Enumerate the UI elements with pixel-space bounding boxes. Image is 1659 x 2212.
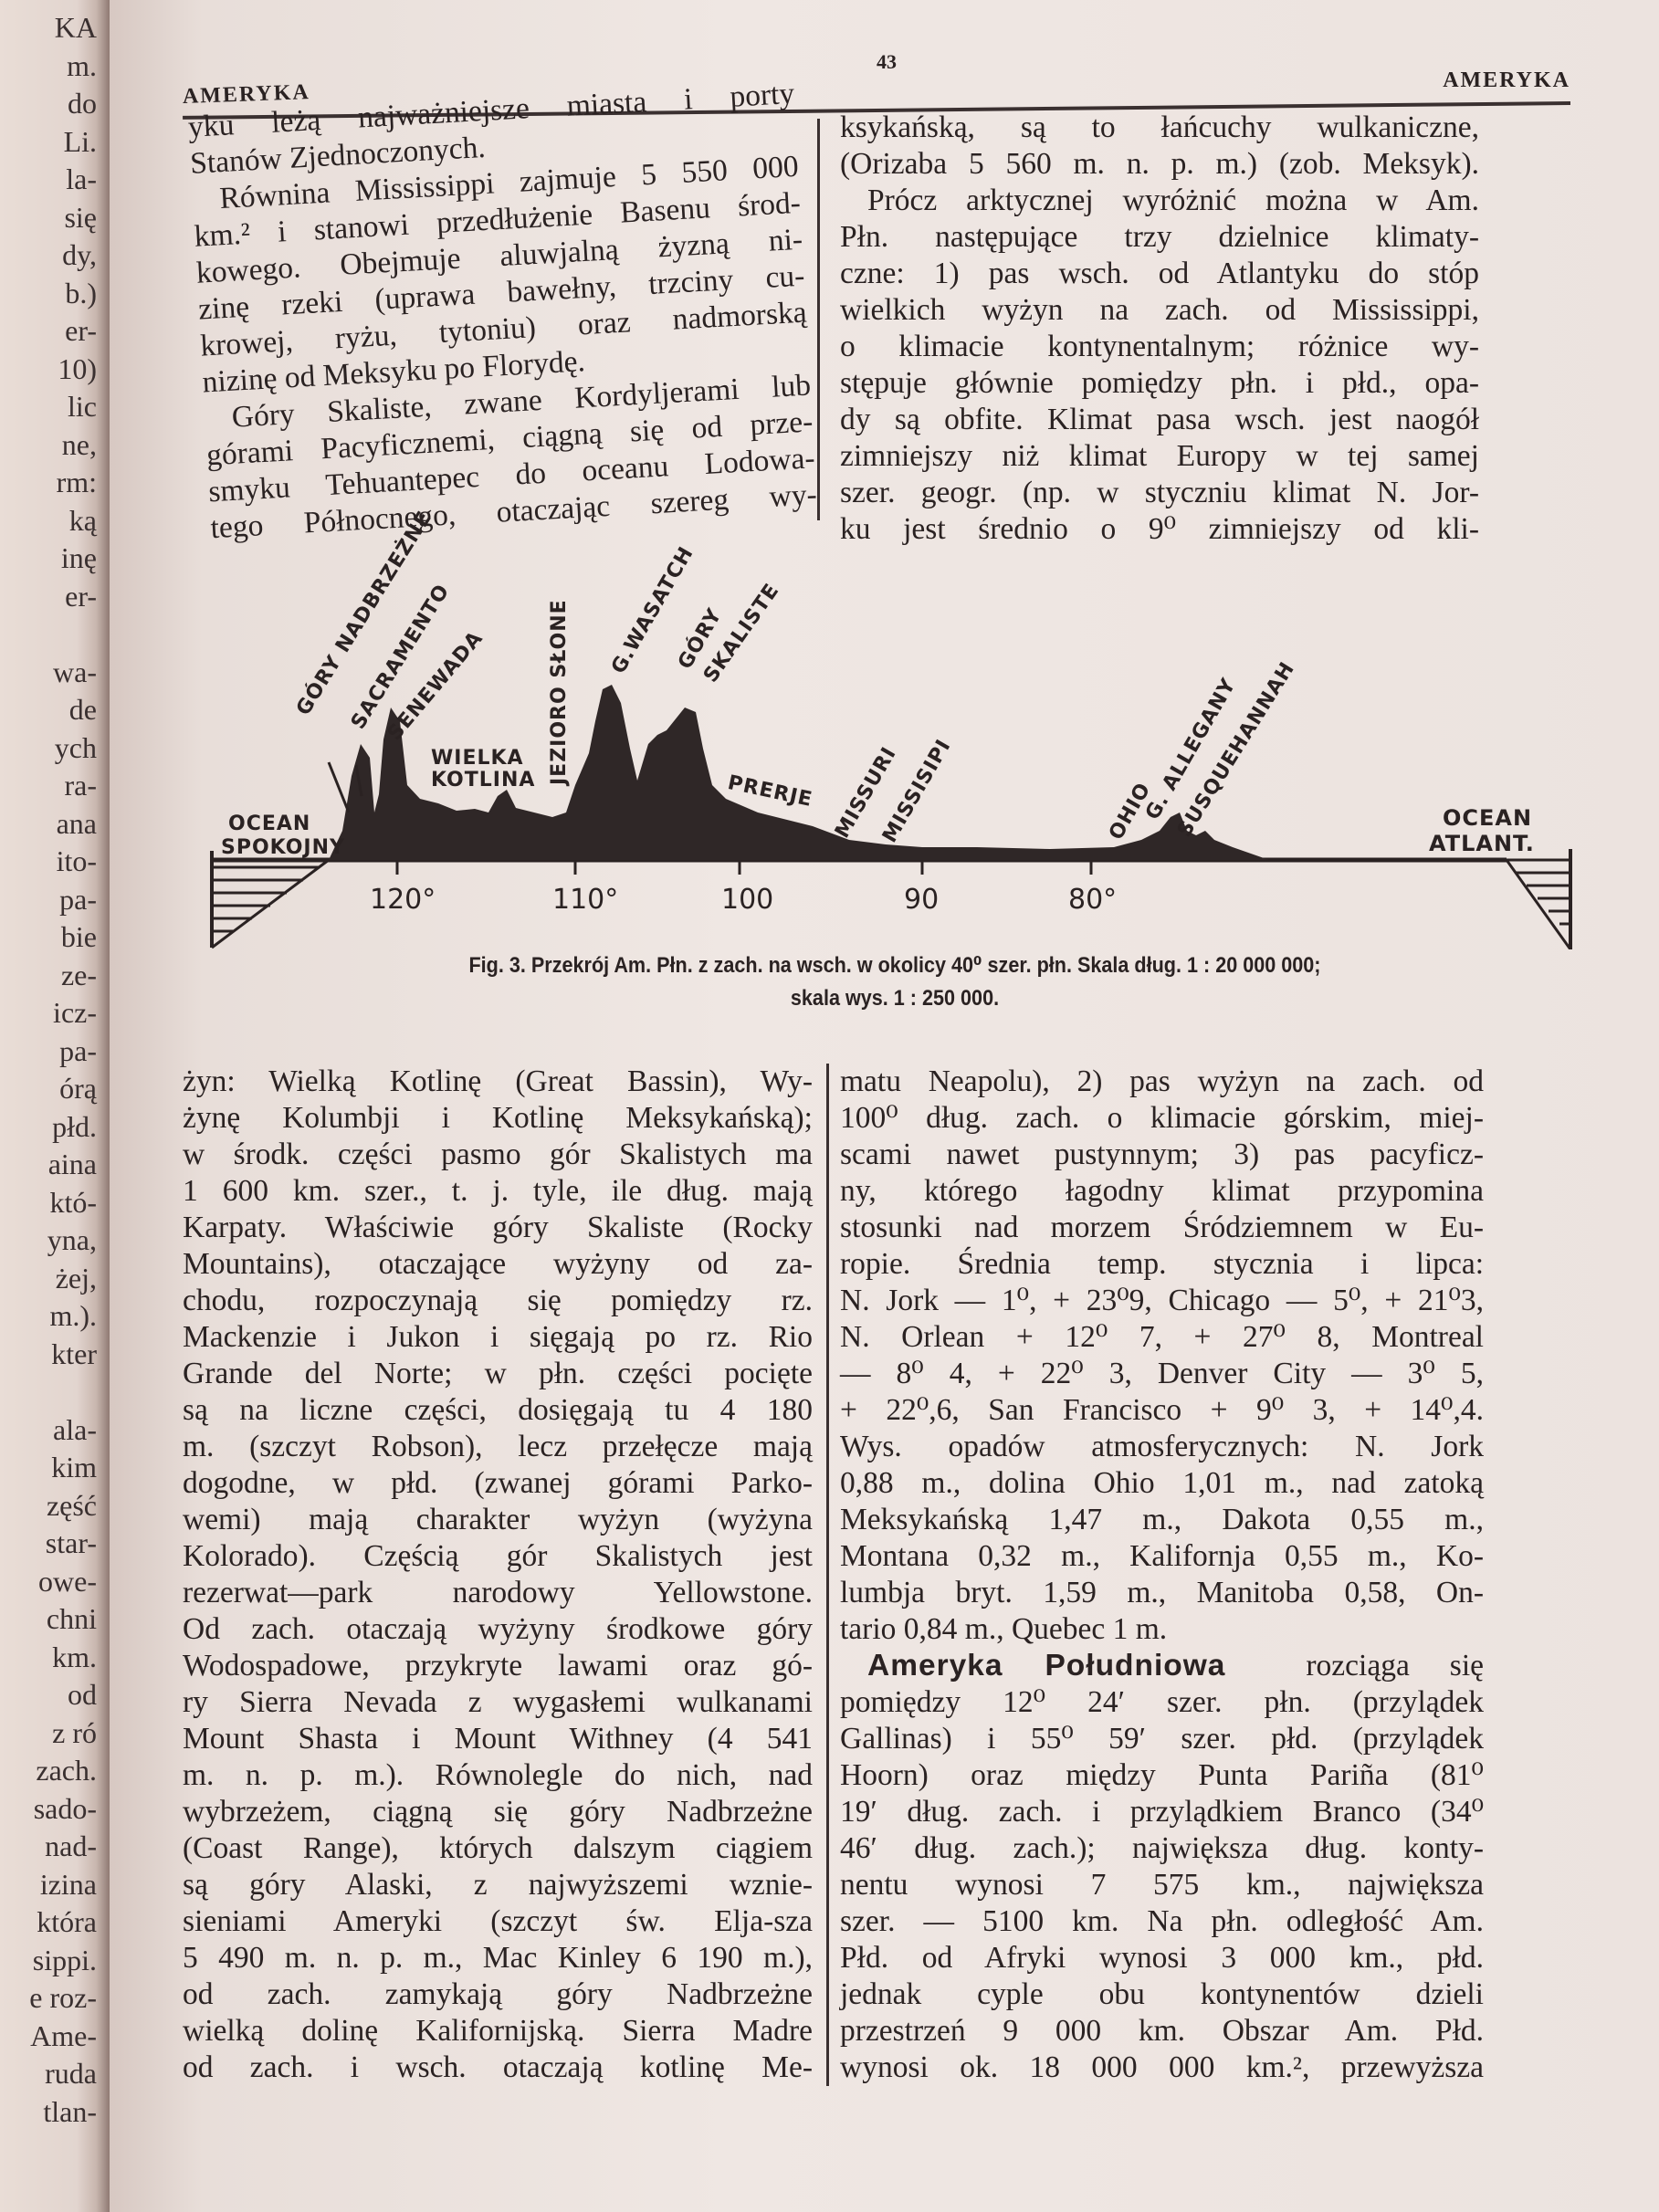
text-line: Mountains), otaczające wyżyny od za- — [183, 1246, 813, 1283]
edge-text-fragment: owe- — [38, 1563, 97, 1599]
text-line: szer. — 5100 km. Na płn. odległość Am. — [840, 1903, 1484, 1940]
text-line: przestrzeń 9 000 km. Obszar Am. Płd. — [840, 2013, 1484, 2050]
caption-line-1: Fig. 3. Przekrój Am. Płn. z zach. na wsc… — [262, 949, 1528, 982]
edge-text-fragment: ala- — [53, 1411, 97, 1448]
edge-text-fragment: bie — [61, 918, 97, 955]
section-heading: Ameryka Południowa — [867, 1649, 1225, 1683]
text-line: Kolorado). Częścią gór Skalistych jest — [183, 1538, 813, 1575]
top-left-column: yku leżą najważniejsze miasta i porty St… — [187, 76, 818, 547]
label-jezioro-slone: JEZIORO SŁONE — [548, 599, 571, 785]
edge-text-fragment: izina — [40, 1866, 97, 1903]
edge-text-fragment: która — [37, 1903, 97, 1940]
text-line: — 8⁰ 4, + 22⁰ 3, Denver City — 3⁰ 5, — [840, 1356, 1484, 1392]
text-line: scami nawet pustynnym; 3) pas pacyficz- — [840, 1137, 1484, 1173]
text-line: Karpaty. Właściwie góry Skaliste (Rocky — [183, 1210, 813, 1246]
text-line: 1 600 km. szer., t. j. tyle, ile dług. m… — [183, 1173, 813, 1210]
edge-text-fragment: pa- — [59, 881, 97, 917]
text-line: tario 0,84 m., Quebec 1 m. — [840, 1611, 1484, 1648]
text-line: szer. geogr. (np. w styczniu klimat N. J… — [840, 475, 1479, 511]
edge-text-fragment: la- — [66, 161, 97, 197]
tick-label: 90 — [904, 884, 939, 916]
text-line: Wys. opadów atmosferycznych: N. Jork — [840, 1429, 1484, 1465]
edge-text-fragment: żej, — [56, 1260, 97, 1296]
edge-text-fragment: icz- — [53, 994, 97, 1031]
edge-text-fragment: płd. — [52, 1108, 97, 1145]
edge-text-fragment: lic — [68, 388, 97, 425]
edge-text-fragment: 10) — [58, 351, 97, 387]
text-line: czne: 1) pas wsch. od Atlantyku do stóp — [840, 256, 1479, 292]
text-line: matu Neapolu), 2) pas wyżyn na zach. od — [840, 1064, 1484, 1100]
edge-text-fragment: z ró — [52, 1714, 97, 1751]
text-line: Mount Shasta i Mount Withney (4 541 — [183, 1721, 813, 1757]
tick-label: 100 — [721, 884, 773, 916]
edge-text-fragment: ito- — [57, 843, 97, 879]
text-line: zimniejszy niż klimat Europy w tej samej — [840, 438, 1479, 475]
label-ocean-spokojny-2: SPOKOJNY — [221, 836, 345, 859]
text-line: rezerwat—park narodowy Yellowstone. — [183, 1575, 813, 1611]
tick-label: 80° — [1068, 884, 1117, 916]
text-line: Grande del Norte; w płn. części pocięte — [183, 1356, 813, 1392]
edge-text-fragment: ra- — [64, 767, 97, 803]
text-line: są góry Alaski, z najwyższemi wznie- — [183, 1867, 813, 1903]
section-heading-line: Ameryka Południowa rozciąga się — [840, 1648, 1484, 1684]
text-line: N. Jork — 1⁰, + 23⁰9, Chicago — 5⁰, + 21… — [840, 1283, 1484, 1319]
text-line: dogodne, w płd. (zwanej górami Parko- — [183, 1465, 813, 1502]
text-line: ksykańską, są to łańcuchy wulkaniczne, — [840, 110, 1479, 146]
text-line: ry Sierra Nevada z wygasłemi wulkanami — [183, 1684, 813, 1721]
bottom-right-column: matu Neapolu), 2) pas wyżyn na zach. od1… — [840, 1064, 1484, 2086]
edge-text-fragment: sado- — [34, 1790, 97, 1827]
text-line: żyn: Wielką Kotlinę (Great Bassin), Wy- — [183, 1064, 813, 1100]
label-ocean-spokojny: OCEAN — [228, 812, 310, 835]
edge-text-fragment: rm: — [57, 464, 97, 500]
text-line: Od zach. otaczają wyżyny środkowe góry — [183, 1611, 813, 1648]
edge-text-fragment: ką — [69, 502, 97, 539]
text-line: od zach. i wsch. otaczają kotlinę Me- — [183, 2050, 813, 2086]
edge-text-fragment: któ- — [49, 1184, 97, 1221]
text-line: są na liczne części, dosięgają tu 4 180 — [183, 1392, 813, 1429]
edge-text-fragment: km. — [52, 1639, 97, 1675]
edge-text-fragment: zach. — [36, 1752, 97, 1788]
text-line: 19′ dług. zach. i przylądkiem Branco (34… — [840, 1794, 1484, 1830]
edge-text-fragment: star- — [46, 1525, 97, 1561]
page-number: 43 — [877, 50, 897, 74]
text-line: Mackenzie i Jukon i sięgają po rz. Rio — [183, 1319, 813, 1356]
text-line: m. (szczyt Robson), lecz przełęcze mają — [183, 1429, 813, 1465]
column-divider — [826, 1064, 829, 2086]
edge-text-fragment: aina — [48, 1146, 97, 1182]
edge-text-fragment: sippi. — [33, 1942, 97, 1978]
label-kotlina: KOTLINA — [431, 769, 535, 791]
tick-label: 120° — [370, 884, 436, 916]
edge-text-fragment: ne, — [62, 426, 97, 463]
text-line: (Coast Range), których dalszym ciągiem — [183, 1830, 813, 1867]
edge-text-fragment: do — [68, 85, 97, 121]
text-line: stępuje głównie pomiędzy płn. i płd., op… — [840, 365, 1479, 402]
text-line: sieniami Ameryki (szczyt św. Elja-sza — [183, 1903, 813, 1940]
text-line: wielkich wyżyn na zach. od Mississippi, — [840, 292, 1479, 329]
edge-text-fragment: er- — [65, 312, 97, 349]
edge-text-fragment: m. — [67, 47, 97, 84]
book-page: AMERYKA 43 AMERYKA yku leżą najważniejsz… — [110, 0, 1659, 2212]
edge-text-fragment: órą — [59, 1070, 97, 1106]
text-line: 0,88 m., dolina Ohio 1,01 m., nad zatoką — [840, 1465, 1484, 1502]
text-line: 46′ dług. zach.); największa dług. konty… — [840, 1830, 1484, 1867]
edge-text-fragment: zęść — [47, 1487, 97, 1524]
text-line: + 22⁰,6, San Francisco + 9⁰ 3, + 14⁰,4. — [840, 1392, 1484, 1429]
edge-text-fragment: b.) — [65, 275, 97, 311]
edge-text-fragment: wa- — [53, 654, 97, 690]
text-line: od zach. zamykają góry Nadbrzeżne — [183, 1976, 813, 2013]
text-line: Prócz arktycznej wyróżnić można w Am. — [840, 183, 1479, 219]
edge-text-fragment: Li. — [64, 123, 97, 160]
running-head: AMERYKA 43 AMERYKA — [183, 50, 1570, 105]
edge-text-fragment: pa- — [59, 1033, 97, 1069]
text-line: ny, którego łagodny klimat przypomina — [840, 1173, 1484, 1210]
text-line: dy są obfite. Klimat pasa wsch. jest nao… — [840, 402, 1479, 438]
text-line: jednak cyple obu kontynentów dzieli — [840, 1976, 1484, 2013]
text-line: N. Orlean + 12⁰ 7, + 27⁰ 8, Montreal — [840, 1319, 1484, 1356]
left-page-edge: ΚAm.doLi.la-siędy,b.)er-10)licne,rm:kąin… — [0, 0, 110, 2212]
text-line: Montana 0,32 m., Kalifornja 0,55 m., Ko- — [840, 1538, 1484, 1575]
text-line: 100⁰ dług. zach. o klimacie górskim, mie… — [840, 1100, 1484, 1137]
edge-text-fragment: dy, — [62, 236, 97, 273]
edge-text-fragment: kter — [51, 1336, 97, 1372]
edge-text-fragment: chni — [47, 1600, 97, 1637]
text-line: 5 490 m. n. p. m., Mac Kinley 6 190 m.), — [183, 1940, 813, 1976]
text-line: wybrzeżem, ciągną się góry Nadbrzeżne — [183, 1794, 813, 1830]
text-line: w środk. części pasmo gór Skalistych ma — [183, 1137, 813, 1173]
text-line: wynosi ok. 18 000 000 km.², przewyższa — [840, 2050, 1484, 2086]
running-title-right: AMERYKA — [1443, 68, 1570, 93]
edge-text-fragment: tlan- — [43, 2093, 97, 2130]
text-line: chodu, rozpoczynają się pomiędzy rz. — [183, 1283, 813, 1319]
edge-text-fragment: inę — [61, 540, 97, 576]
text-line: nentu wynosi 7 575 km., największa — [840, 1867, 1484, 1903]
text-line: wemi) mają charakter wyżyn (wyżyna — [183, 1502, 813, 1538]
text-fragment: rozciąga się — [1306, 1649, 1484, 1683]
label-wielka: WIELKA — [431, 747, 524, 770]
edge-text-fragment: ana — [57, 805, 97, 842]
text-line: o klimacie kontynentalnym; różnice wy- — [840, 329, 1479, 365]
text-line: wielką dolinę Kalifornijską. Sierra Madr… — [183, 2013, 813, 2050]
text-line: Meksykańską 1,47 m., Dakota 0,55 m., — [840, 1502, 1484, 1538]
edge-text-fragment: Ame- — [30, 2018, 97, 2054]
edge-text-fragment: nad- — [45, 1828, 97, 1864]
edge-text-fragment: się — [64, 199, 97, 236]
text-line: stosunki nad morzem Śródziemnem w Eu- — [840, 1210, 1484, 1246]
edge-text-fragment: ych — [55, 729, 97, 766]
label-ocean-atlant: OCEAN — [1443, 805, 1532, 831]
column-divider — [817, 119, 820, 520]
label-ocean-atlant-2: ATLANT. — [1429, 831, 1535, 856]
edge-text-fragment: kim — [51, 1449, 97, 1485]
text-line: Płd. od Afryki wynosi 3 000 km., płd. — [840, 1940, 1484, 1976]
text-line: Płn. następujące trzy dzielnice klimaty- — [840, 219, 1479, 256]
text-line: lumbja bryt. 1,59 m., Manitoba 0,58, On- — [840, 1575, 1484, 1611]
caption-line-2: skala wys. 1 : 250 000. — [262, 982, 1528, 1015]
text-line: Wodospadowe, przykryte lawami oraz gó- — [183, 1648, 813, 1684]
edge-text-fragment: ΚA — [55, 9, 97, 46]
text-line: Hoorn) oraz między Punta Pariña (81⁰ — [840, 1757, 1484, 1794]
edge-text-fragment: er- — [65, 578, 97, 614]
edge-text-fragment: ruda — [45, 2055, 97, 2091]
tick-label: 110° — [552, 884, 618, 916]
text-line: ropie. Średnia temp. stycznia i lipca: — [840, 1246, 1484, 1283]
text-line: (Orizaba 5 560 m. n. p. m.) (zob. Meksyk… — [840, 146, 1479, 183]
figure-caption: Fig. 3. Przekrój Am. Płn. z zach. na wsc… — [262, 949, 1528, 1015]
edge-text-fragment: m.). — [49, 1297, 97, 1334]
text-line: Gallinas) i 55⁰ 59′ szer. płd. (przyląde… — [840, 1721, 1484, 1757]
edge-text-fragment: ze- — [61, 957, 97, 993]
text-line: żynę Kolumbji i Kotlinę Meksykańską); — [183, 1100, 813, 1137]
top-right-column: ksykańską, są to łańcuchy wulkaniczne, (… — [840, 110, 1479, 548]
text-line: m. n. p. m.). Równolegle do nich, nad — [183, 1757, 813, 1794]
edge-text-fragment: od — [68, 1676, 97, 1713]
text-line: pomiędzy 12⁰ 24′ szer. płn. (przylądek — [840, 1684, 1484, 1721]
edge-text-fragment: de — [69, 691, 97, 728]
edge-text-fragment: yna, — [47, 1221, 97, 1258]
bottom-left-column: żyn: Wielką Kotlinę (Great Bassin), Wy-ż… — [183, 1064, 813, 2086]
edge-text-fragment: e roz- — [29, 1979, 97, 2016]
cross-section-figure: OCEAN SPOKOJNY GÓRY NADBRZEŻNE SACRAMENT… — [192, 539, 1598, 949]
